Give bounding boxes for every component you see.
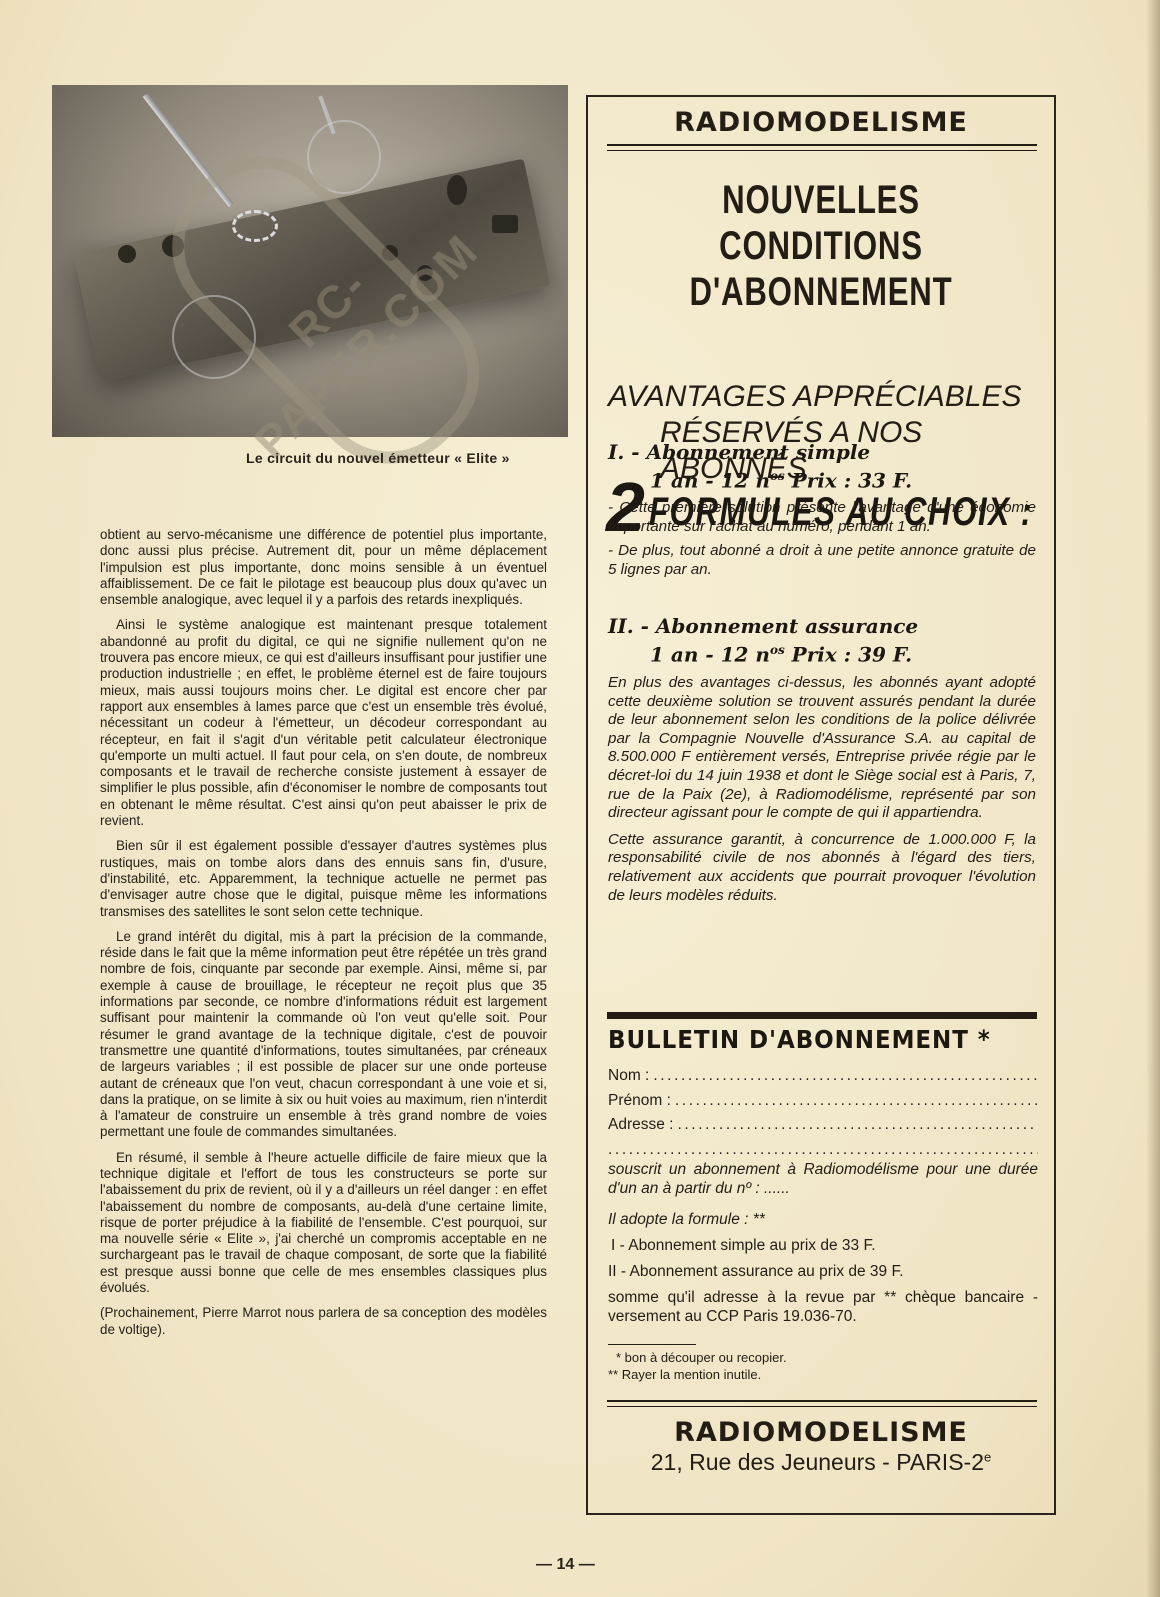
- field-nom[interactable]: Nom : ..................................…: [608, 1064, 1038, 1089]
- field-adresse-continued[interactable]: ........................................…: [608, 1138, 1038, 1163]
- article-closing-note: (Prochainement, Pierre Marrot nous parle…: [100, 1305, 547, 1338]
- formula-2-name: II. - Abonnement assurance: [608, 614, 918, 638]
- article-paragraph: Bien sûr il est également possible d'ess…: [100, 838, 547, 919]
- double-rule: [607, 1400, 1037, 1407]
- address-brand: RADIOMODELISME: [588, 1417, 1054, 1448]
- article-paragraph: En résumé, il semble à l'heure actuelle …: [100, 1150, 547, 1297]
- field-dotted-line[interactable]: ........................................…: [653, 1064, 1038, 1089]
- subscribe-text: souscrit un abonnement à Radiomodélisme …: [608, 1160, 1038, 1198]
- double-rule: [607, 144, 1037, 151]
- formula-1-price-value: Prix : 33 F.: [785, 469, 912, 493]
- field-label: Nom :: [608, 1064, 649, 1089]
- field-prenom[interactable]: Prénom : ...............................…: [608, 1089, 1038, 1114]
- field-label: Adresse :: [608, 1113, 673, 1138]
- antenna: [143, 93, 234, 207]
- address-sup: e: [984, 1449, 991, 1464]
- payment-text: somme qu'il adresse à la revue par ** ch…: [608, 1288, 1038, 1326]
- formula-2-price: 1 an - 12 nos Prix : 39 F.: [608, 638, 1048, 667]
- field-label: Prénom :: [608, 1089, 671, 1114]
- formula-2-paragraph: Cette assurance garantit, à concurrence …: [608, 831, 1036, 905]
- component: [382, 245, 398, 261]
- formula-2-description: En plus des avantages ci-dessus, les abo…: [608, 674, 1036, 911]
- field-dotted-line[interactable]: ........................................…: [675, 1089, 1038, 1114]
- formula-2-price-value: Prix : 39 F.: [785, 643, 912, 667]
- stick-gimbal-left: [172, 295, 256, 379]
- advantages-line-1: AVANTAGES APPRÉCIABLES: [608, 380, 1022, 413]
- footnote-rule: [608, 1344, 696, 1345]
- formula-1-term: 1 an - 12 n: [650, 469, 770, 493]
- footnotes: * bon à découper ou recopier. ** Rayer l…: [608, 1350, 787, 1383]
- field-adresse[interactable]: Adresse : ..............................…: [608, 1113, 1038, 1138]
- headline-line-1: NOUVELLES CONDITIONS: [639, 177, 1002, 269]
- address-text: 21, Rue des Jeuneurs - PARIS-2: [651, 1449, 984, 1475]
- subscription-ad: RADIOMODELISME NOUVELLES CONDITIONS D'AB…: [586, 95, 1056, 1515]
- field-dotted-line[interactable]: ........................................…: [608, 1138, 1038, 1163]
- component: [492, 215, 518, 233]
- formula-2-paragraph: En plus des avantages ci-dessus, les abo…: [608, 674, 1036, 823]
- article-paragraph: Le grand intérêt du digital, mis à part …: [100, 929, 547, 1141]
- thick-rule: [607, 1012, 1037, 1019]
- address-line: 21, Rue des Jeuneurs - PARIS-2e: [588, 1449, 1054, 1476]
- bulletin-title: BULLETIN D'ABONNEMENT *: [608, 1025, 1004, 1054]
- ad-headline: NOUVELLES CONDITIONS D'ABONNEMENT: [639, 177, 1002, 315]
- photo-caption: Le circuit du nouvel émetteur « Elite »: [246, 450, 510, 466]
- article-paragraph: obtient au servo-mécanisme une différenc…: [100, 527, 547, 608]
- coil: [232, 210, 278, 242]
- page-number: — 14 —: [536, 1556, 595, 1574]
- formula-2-title: II. - Abonnement assurance 1 an - 12 nos…: [608, 614, 1048, 667]
- formula-1-paragraph: - Cette première solution présente l'ava…: [608, 499, 1036, 536]
- bulletin-body: souscrit un abonnement à Radiomodélisme …: [608, 1160, 1038, 1333]
- circuit-board: [74, 159, 551, 382]
- option-simple[interactable]: I - Abonnement simple au prix de 33 F.: [608, 1236, 1038, 1255]
- component: [162, 235, 184, 257]
- component: [118, 245, 136, 263]
- formula-1-sup: os: [770, 469, 785, 483]
- option-assurance[interactable]: II - Abonnement assurance au prix de 39 …: [608, 1262, 1038, 1281]
- formula-1-name: I. - Abonnement simple: [608, 440, 870, 464]
- component: [417, 265, 433, 281]
- formula-1-description: - Cette première solution présente l'ava…: [608, 499, 1036, 585]
- formula-1-title: I. - Abonnement simple 1 an - 12 nos Pri…: [608, 440, 1048, 493]
- formula-1-paragraph: - De plus, tout abonné a droit à une pet…: [608, 542, 1036, 579]
- article-body: obtient au servo-mécanisme une différenc…: [100, 527, 547, 1347]
- circuit-photo: [52, 85, 568, 437]
- formula-2-sup: os: [770, 643, 785, 657]
- component: [447, 175, 467, 205]
- page-edge-shadow: [1146, 0, 1160, 1597]
- footnote-1: * bon à découper ou recopier.: [608, 1350, 787, 1367]
- article-paragraph: Ainsi le système analogique est maintena…: [100, 617, 547, 829]
- headline-line-2: D'ABONNEMENT: [639, 269, 1002, 315]
- field-dotted-line[interactable]: ........................................…: [677, 1113, 1038, 1138]
- stick-gimbal-right: [307, 120, 381, 194]
- bulletin-form: Nom : ..................................…: [608, 1064, 1038, 1162]
- formula-1-price: 1 an - 12 nos Prix : 33 F.: [608, 464, 1048, 493]
- brand-title: RADIOMODELISME: [588, 107, 1054, 138]
- formula-2-term: 1 an - 12 n: [650, 643, 770, 667]
- formula-prompt: Il adopte la formule : **: [608, 1210, 1038, 1229]
- footnote-2: ** Rayer la mention inutile.: [608, 1367, 787, 1384]
